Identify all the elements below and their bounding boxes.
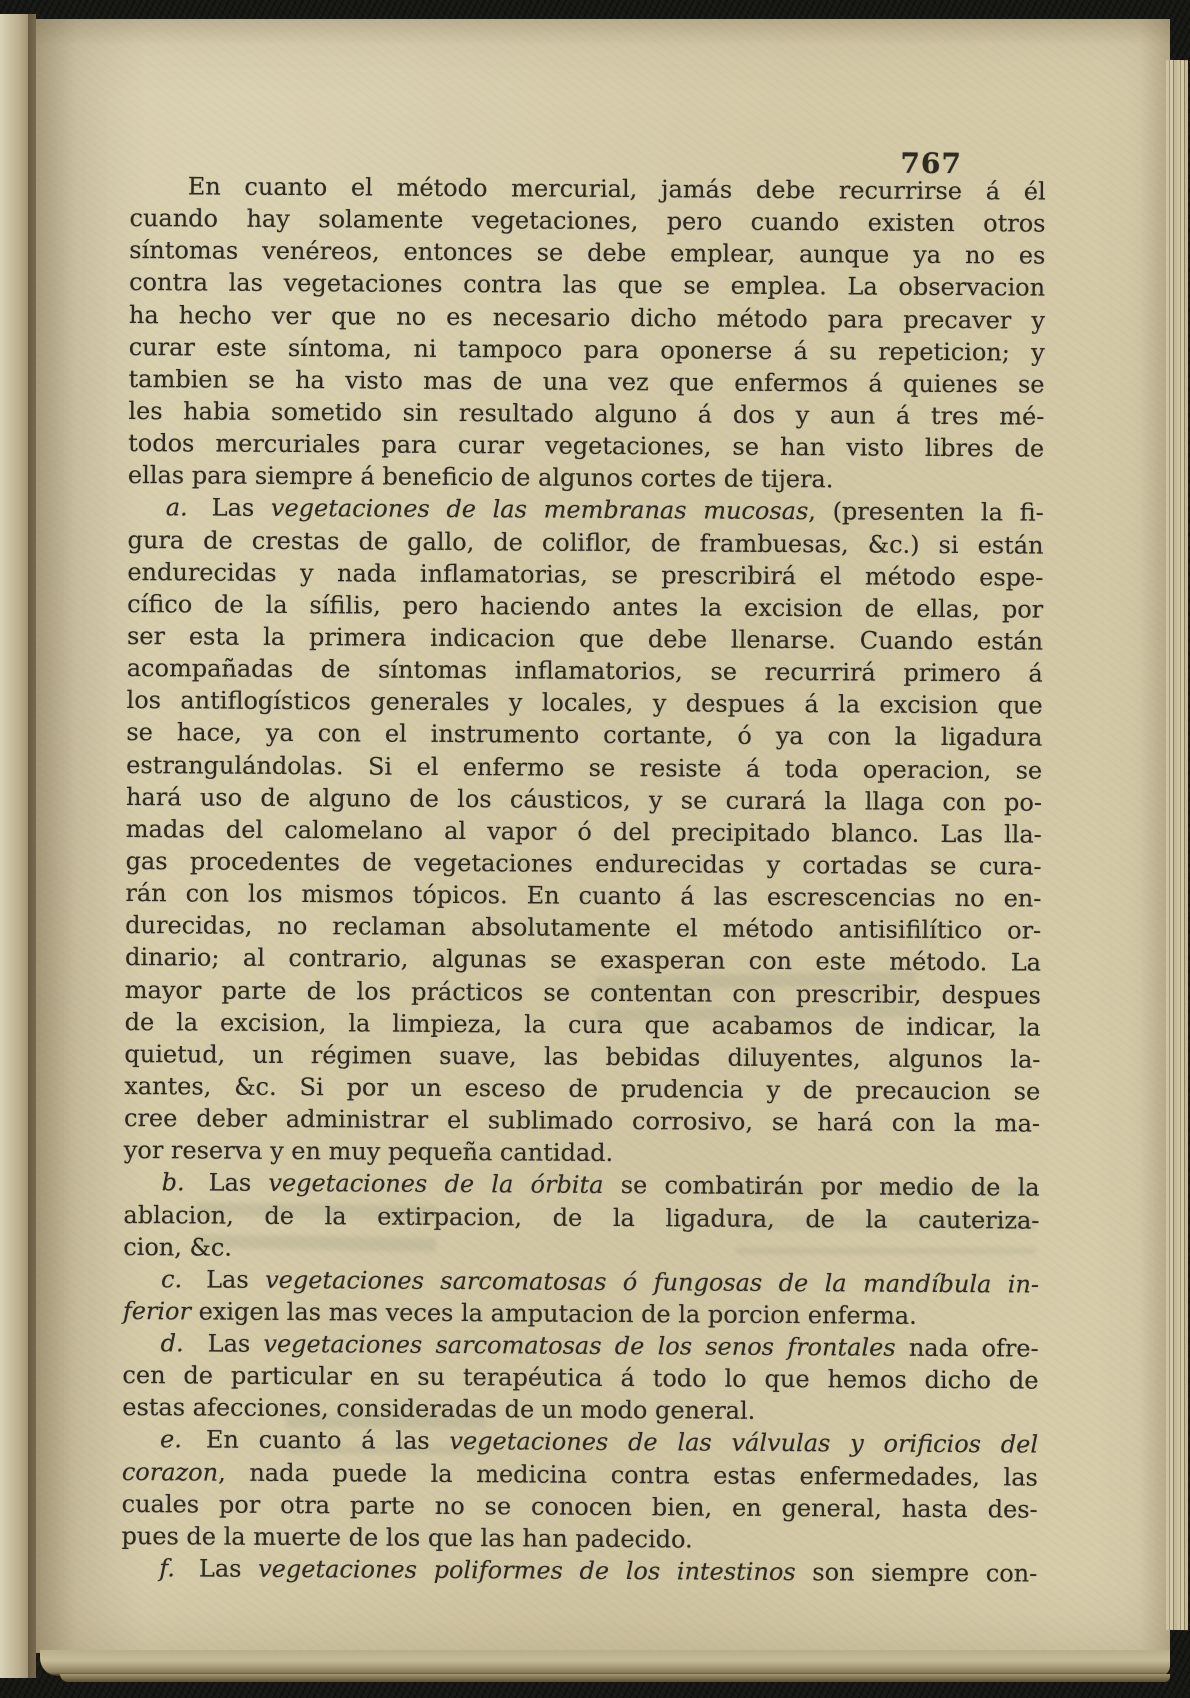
italic-text-segment: e.: [160, 1426, 182, 1454]
text-line: f. Las vegetaciones poliformes de los in…: [121, 1552, 1037, 1590]
text-segment: cífico de la sífilis, pero haciendo ante…: [127, 590, 1043, 624]
text-line: endurecidas y nada inflamatorias, se pre…: [127, 556, 1043, 594]
italic-text-segment: vegetaciones poliformes de los intestino…: [258, 1555, 796, 1586]
bottom-page-curl: [40, 1650, 1170, 1676]
text-segment: quietud, un régimen suave, las bebidas d…: [124, 1040, 1040, 1074]
text-segment: cen de particular en su terapéutica á to…: [122, 1361, 1038, 1395]
text-segment: gura de crestas de gallo, de coliflor, d…: [127, 526, 1043, 560]
text-segment: son siempre con-: [796, 1558, 1038, 1587]
italic-text-segment: f.: [159, 1554, 175, 1582]
text-segment: madas del calomelano al vapor ó del prec…: [126, 815, 1042, 849]
italic-text-segment: vegetaciones sarcomatosas ó fungosas de …: [265, 1266, 1039, 1299]
italic-text-segment: d.: [161, 1329, 184, 1357]
text-segment: endurecidas y nada inflamatorias, se pre…: [127, 558, 1043, 592]
text-segment: cree deber administrar el sublimado corr…: [124, 1104, 1040, 1138]
text-line: b. Las vegetaciones de la órbita se comb…: [124, 1166, 1040, 1204]
text-line: ha hecho ver que no es necesario dicho m…: [129, 299, 1045, 337]
text-segment: todos mercuriales para curar vegetacione…: [128, 429, 1044, 463]
text-segment: Las: [182, 1265, 265, 1294]
text-line: hará uso de alguno de los cáusticos, y s…: [126, 781, 1042, 819]
text-segment: se hace, ya con el instrumento cortante,…: [126, 718, 1042, 752]
text-line: de la excision, la limpieza, la cura que…: [125, 1006, 1041, 1044]
text-segment: estrangulándolas. Si el enfermo se resis…: [126, 751, 1042, 785]
italic-text-segment: b.: [162, 1169, 185, 1197]
italic-text-segment: ferior: [123, 1297, 191, 1325]
text-segment: nada ofre-: [896, 1334, 1039, 1363]
italic-text-segment: vegetaciones de las válvulas y orificios…: [449, 1427, 1038, 1459]
text-segment: mayor parte de los prácticos se contenta…: [125, 976, 1041, 1010]
text-segment: les habia sometido sin resultado alguno …: [128, 397, 1044, 431]
bottom-page-curl-inner: [60, 1674, 1170, 1682]
scanned-book-spread: 767 En cuanto el método mercurial, jamás…: [0, 0, 1190, 1698]
page-stack-edge: [1166, 60, 1188, 1630]
page-number: 767: [900, 147, 962, 180]
text-segment: Las: [188, 494, 271, 523]
text-segment: ablacion, de la extirpacion, de la ligad…: [123, 1200, 1039, 1234]
text-segment: rán con los mismos tópicos. En cuanto á …: [125, 879, 1041, 913]
italic-text-segment: corazon: [122, 1458, 218, 1487]
text-segment: Las: [184, 1329, 264, 1357]
italic-text-segment: vegetaciones sarcomatosas de los senos f…: [263, 1330, 895, 1362]
text-segment: gas procedentes de vegetaciones endureci…: [126, 847, 1042, 881]
text-segment: estas afecciones, consideradas de un mod…: [122, 1393, 755, 1425]
text-line: gura de crestas de gallo, de coliflor, d…: [127, 524, 1043, 562]
text-line: contra las vegetaciones contra las que s…: [129, 266, 1045, 304]
text-segment: yor reserva y en muy pequeña cantidad.: [124, 1136, 613, 1167]
text-segment: Las: [185, 1169, 269, 1198]
italic-text-segment: vegetaciones de la órbita: [268, 1169, 603, 1199]
text-line: se hace, ya con el instrumento cortante,…: [126, 716, 1042, 754]
italic-text-segment: c.: [161, 1265, 182, 1293]
text-line: curar este síntoma, ni tampoco para opon…: [129, 331, 1045, 369]
text-line: corazon, nada puede la medicina contra e…: [122, 1456, 1038, 1494]
text-line: a. Las vegetaciones de las membranas muc…: [128, 491, 1044, 529]
italic-text-segment: a.: [166, 494, 188, 522]
text-segment: , nada puede la medicina contra estas en…: [218, 1458, 1038, 1491]
text-segment: cion, &c.: [123, 1233, 232, 1262]
text-segment: hará uso de alguno de los cáusticos, y s…: [126, 783, 1042, 817]
book-page: 767 En cuanto el método mercurial, jamás…: [36, 19, 1170, 1653]
text-segment: exigen las mas veces la amputacion de la…: [191, 1297, 917, 1329]
text-line: dinario; al contrario, algunas se exaspe…: [125, 941, 1041, 979]
text-line: estrangulándolas. Si el enfermo se resis…: [126, 749, 1042, 787]
text-segment: síntomas venéreos, entonces se debe empl…: [129, 236, 1045, 270]
text-segment: durecidas, no reclaman absolutamente el …: [125, 911, 1041, 945]
text-segment: cuando hay solamente vegetaciones, pero …: [129, 204, 1045, 238]
text-lines: En cuanto el método mercurial, jamás deb…: [121, 170, 1046, 1590]
text-segment: ha hecho ver que no es necesario dicho m…: [129, 301, 1045, 335]
text-block: 767 En cuanto el método mercurial, jamás…: [121, 144, 1046, 1590]
text-line: e. En cuanto á las vegetaciones de las v…: [122, 1423, 1038, 1461]
text-line: mayor parte de los prácticos se contenta…: [125, 974, 1041, 1012]
text-segment: En cuanto á las: [182, 1426, 450, 1456]
text-segment: Las: [175, 1554, 258, 1583]
text-segment: se combatirán por medio de la: [603, 1171, 1039, 1202]
text-segment: tambien se ha visto mas de una vez que e…: [128, 365, 1044, 399]
text-segment: los antiflogísticos generales y locales,…: [127, 686, 1043, 720]
text-line: ablacion, de la extirpacion, de la ligad…: [123, 1198, 1039, 1236]
text-segment: xantes, &c. Si por un esceso de prudenci…: [124, 1072, 1040, 1106]
text-segment: de la excision, la limpieza, la cura que…: [125, 1008, 1041, 1042]
text-segment: pues de la muerte de los que las han pad…: [121, 1522, 692, 1553]
text-segment: curar este síntoma, ni tampoco para opon…: [129, 333, 1045, 367]
text-segment: ser esta la primera indicacion que debe …: [127, 622, 1043, 656]
text-segment: dinario; al contrario, algunas se exaspe…: [125, 943, 1041, 977]
italic-text-segment: vegetaciones de las membranas mucosas: [271, 494, 809, 525]
text-segment: contra las vegetaciones contra las que s…: [129, 268, 1045, 302]
text-segment: cuales por otra parte no se conocen bien…: [122, 1490, 1038, 1524]
text-segment: ellas para siempre á beneficio de alguno…: [128, 461, 834, 493]
text-segment: acompañadas de síntomas inflamatorios, s…: [127, 654, 1043, 688]
text-segment: , (presenten la fi-: [808, 498, 1044, 527]
